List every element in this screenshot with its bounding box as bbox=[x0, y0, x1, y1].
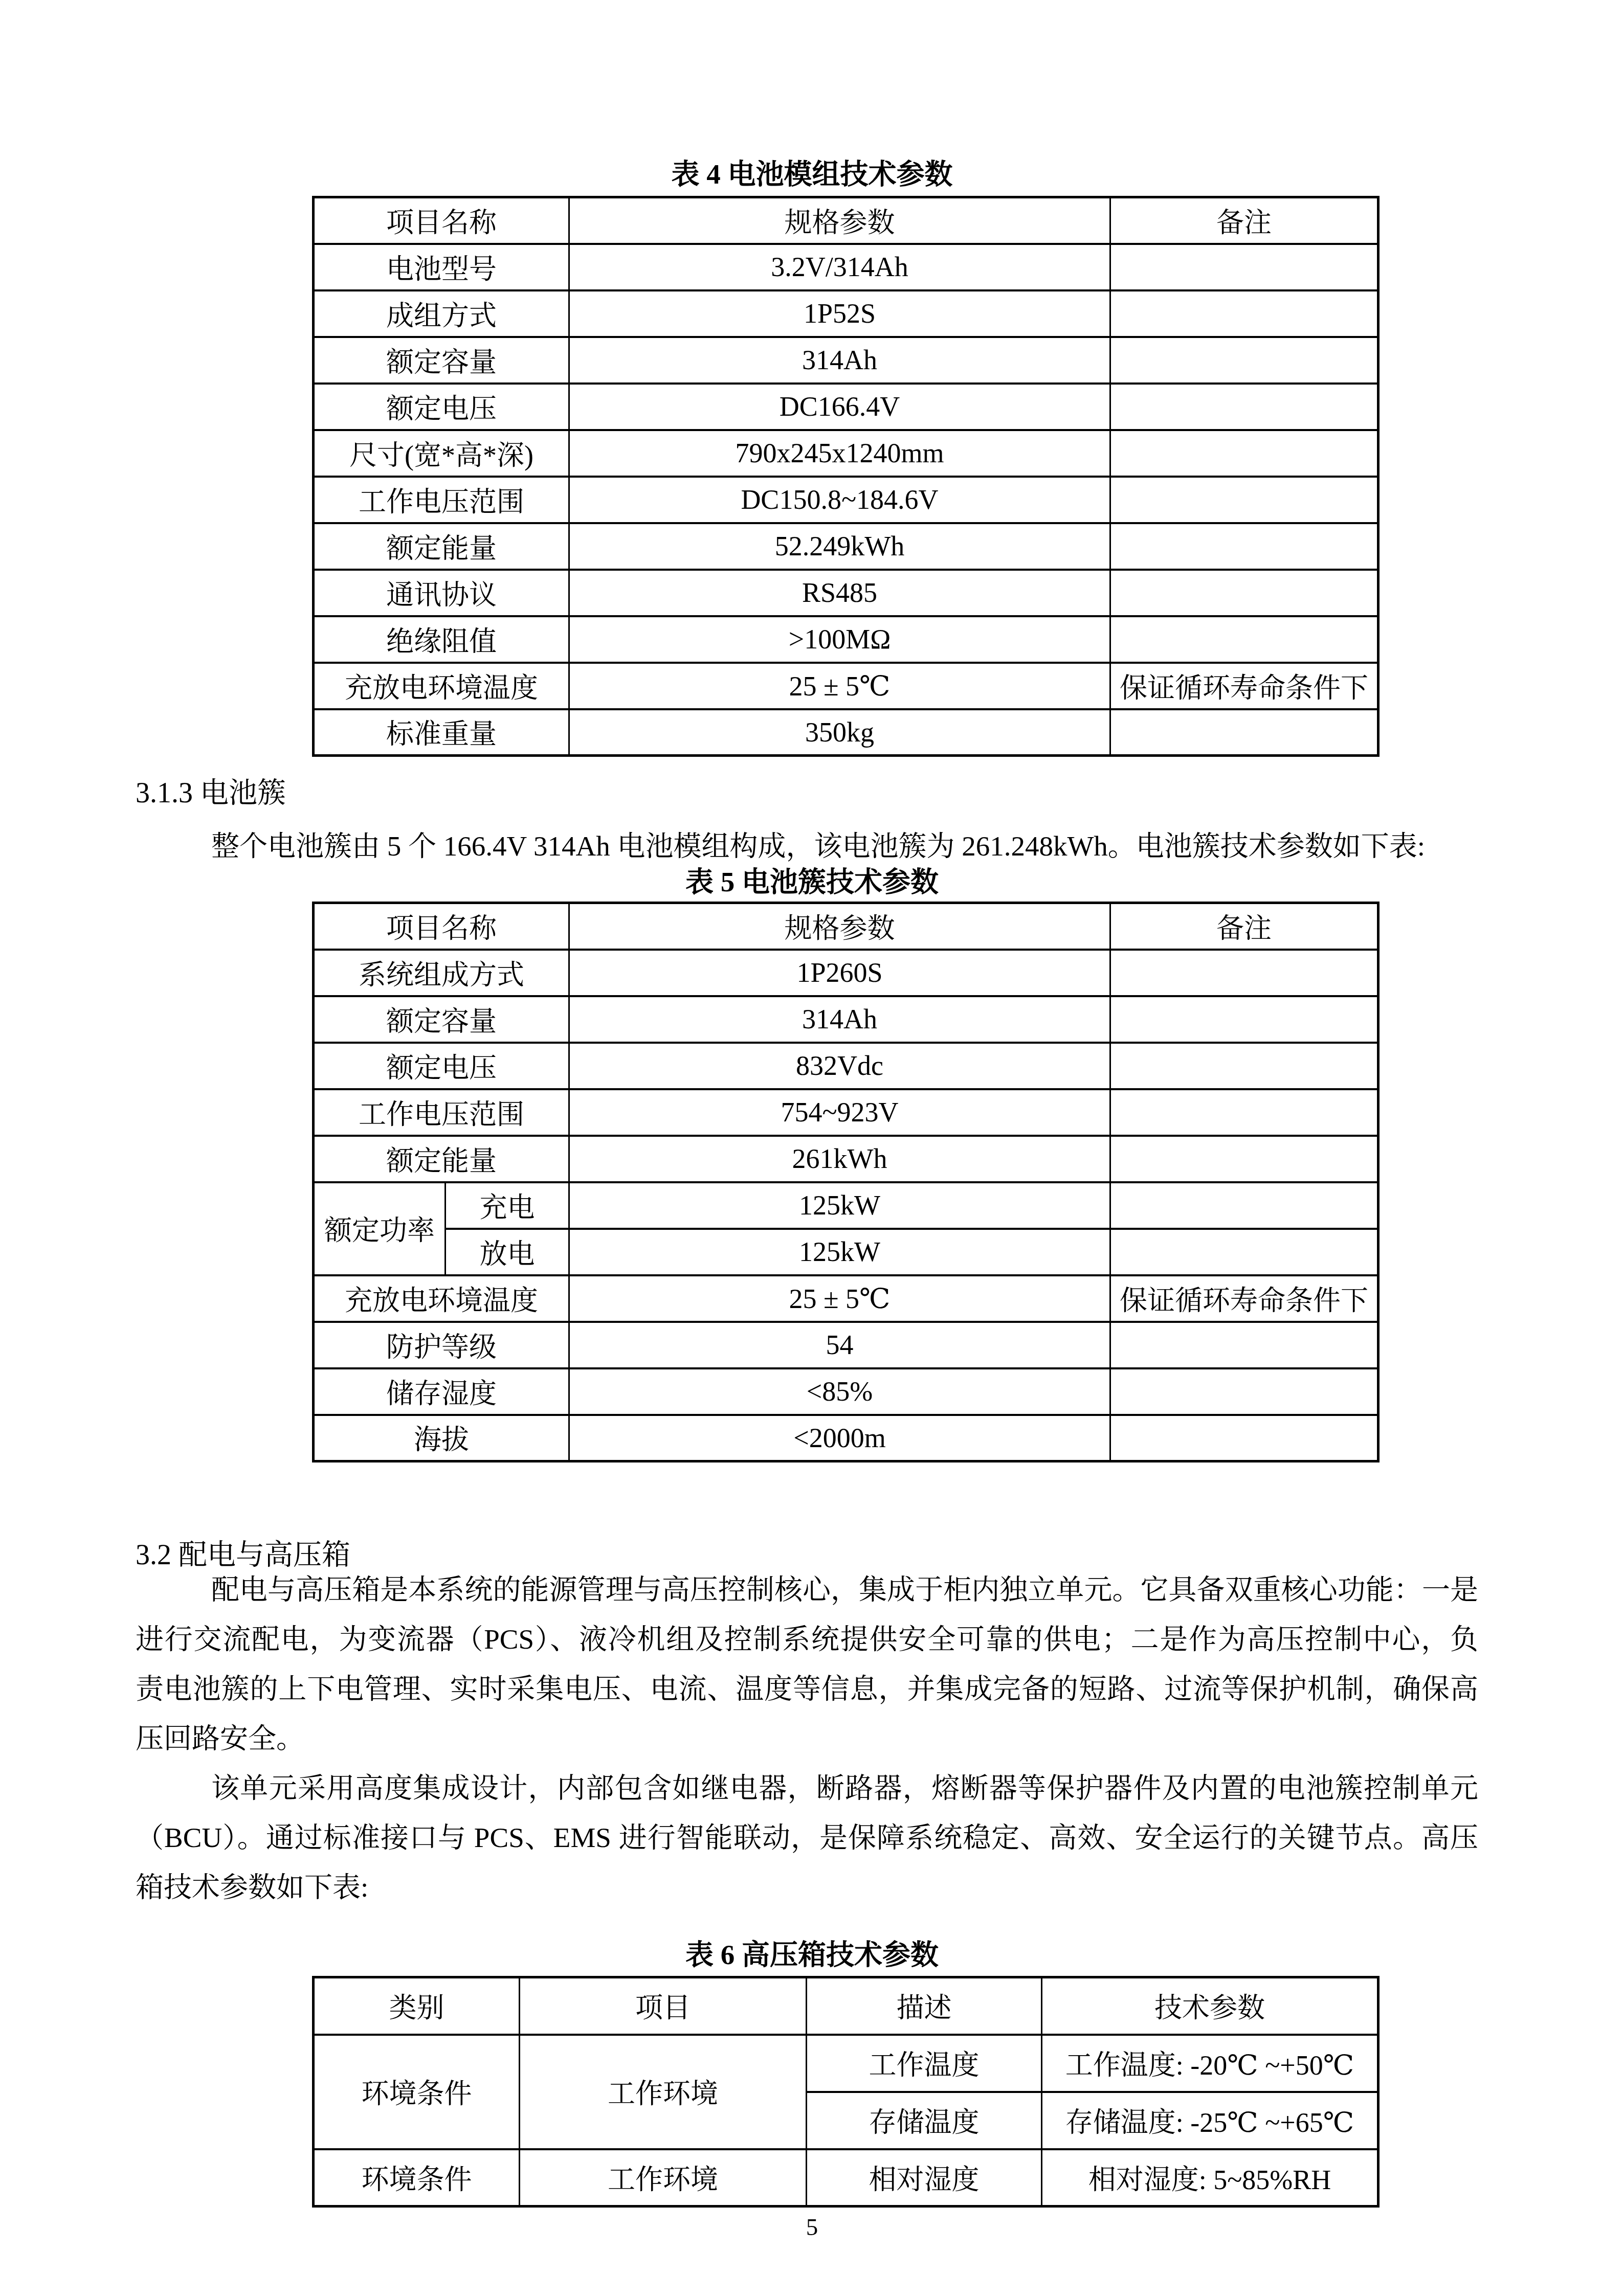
value-cell: <2000m bbox=[569, 1415, 1110, 1461]
paragraph-line: 该单元采用高度集成设计，内部包含如继电器，断路器，熔断器等保护器件及内置的电池簇… bbox=[136, 1763, 1478, 1813]
value-cell: 25 ± 5℃ bbox=[569, 1275, 1110, 1322]
remark-cell bbox=[1110, 337, 1378, 384]
document-page: 表 4 电池模组技术参数 项目名称 规格参数 备注 电池型号 3.2V/314A… bbox=[0, 0, 1624, 2296]
row-label-cell: 额定容量 bbox=[314, 996, 569, 1043]
table4-title: 表 4 电池模组技术参数 bbox=[0, 157, 1624, 191]
remark-cell bbox=[1110, 1415, 1378, 1461]
value-cell: DC166.4V bbox=[569, 384, 1110, 430]
desc-cell: 相对湿度 bbox=[807, 2149, 1042, 2207]
table6-hv-box-params: 类别 项目 描述 技术参数 环境条件 工作环境 工作温度 工作温度: -20℃ … bbox=[312, 1976, 1380, 2208]
row-label-cell: 防护等级 bbox=[314, 1322, 569, 1368]
remark-cell bbox=[1110, 384, 1378, 430]
row-label-cell: 储存湿度 bbox=[314, 1368, 569, 1415]
value-cell: DC150.8~184.6V bbox=[569, 477, 1110, 523]
desc-cell: 工作温度 bbox=[807, 2035, 1042, 2092]
header-cell: 规格参数 bbox=[569, 903, 1110, 950]
header-cell: 项目名称 bbox=[314, 197, 569, 244]
row-label-cell: 通讯协议 bbox=[314, 570, 569, 616]
remark-cell bbox=[1110, 430, 1378, 477]
table-row: 绝缘阻值 >100MΩ bbox=[314, 616, 1378, 663]
row-label-cell: 工作电压范围 bbox=[314, 477, 569, 523]
paragraph-line: 箱技术参数如下表: bbox=[136, 1862, 1478, 1912]
sub-label-cell: 充电 bbox=[446, 1182, 569, 1229]
table-row: 标准重量 350kg bbox=[314, 709, 1378, 756]
header-cell: 备注 bbox=[1110, 197, 1378, 244]
row-label-cell: 充放电环境温度 bbox=[314, 1275, 569, 1322]
remark-cell bbox=[1110, 477, 1378, 523]
remark-cell bbox=[1110, 709, 1378, 756]
item-cell: 工作环境 bbox=[520, 2149, 807, 2207]
value-cell: 261kWh bbox=[569, 1136, 1110, 1182]
value-cell: 790x245x1240mm bbox=[569, 430, 1110, 477]
table-row: 额定容量 314Ah bbox=[314, 996, 1378, 1043]
header-cell: 技术参数 bbox=[1042, 1977, 1378, 2035]
table-header-row: 项目名称 规格参数 备注 bbox=[314, 197, 1378, 244]
table-header-row: 项目名称 规格参数 备注 bbox=[314, 903, 1378, 950]
category-cell: 环境条件 bbox=[314, 2149, 520, 2207]
header-cell: 描述 bbox=[807, 1977, 1042, 2035]
remark-cell bbox=[1110, 950, 1378, 996]
table5-battery-cluster-params: 项目名称 规格参数 备注 系统组成方式 1P260S 额定容量 314Ah 额定… bbox=[312, 902, 1380, 1462]
param-cell: 存储温度: -25℃ ~+65℃ bbox=[1042, 2092, 1378, 2149]
table-row: 工作电压范围 DC150.8~184.6V bbox=[314, 477, 1378, 523]
value-cell: 3.2V/314Ah bbox=[569, 244, 1110, 290]
row-label-cell: 额定能量 bbox=[314, 523, 569, 570]
paragraph-line: （BCU）。通过标准接口与 PCS、EMS 进行智能联动，是保障系统稳定、高效、… bbox=[136, 1813, 1478, 1862]
table-row: 工作电压范围 754~923V bbox=[314, 1089, 1378, 1136]
section-3-2-body: 配电与高压箱是本系统的能源管理与高压控制核心，集成于柜内独立单元。它具备双重核心… bbox=[136, 1565, 1478, 1912]
param-cell: 工作温度: -20℃ ~+50℃ bbox=[1042, 2035, 1378, 2092]
param-cell: 相对湿度: 5~85%RH bbox=[1042, 2149, 1378, 2207]
value-cell: 1P52S bbox=[569, 290, 1110, 337]
remark-cell bbox=[1110, 1089, 1378, 1136]
value-cell: 350kg bbox=[569, 709, 1110, 756]
remark-cell bbox=[1110, 523, 1378, 570]
table-row: 储存湿度 <85% bbox=[314, 1368, 1378, 1415]
row-label-cell: 系统组成方式 bbox=[314, 950, 569, 996]
header-cell: 备注 bbox=[1110, 903, 1378, 950]
table-row: 充放电环境温度 25 ± 5℃ 保证循环寿命条件下 bbox=[314, 663, 1378, 709]
remark-cell bbox=[1110, 996, 1378, 1043]
row-label-cell: 绝缘阻值 bbox=[314, 616, 569, 663]
value-cell: <85% bbox=[569, 1368, 1110, 1415]
remark-cell bbox=[1110, 1368, 1378, 1415]
row-label-cell: 充放电环境温度 bbox=[314, 663, 569, 709]
remark-cell bbox=[1110, 1322, 1378, 1368]
row-label-cell: 电池型号 bbox=[314, 244, 569, 290]
paragraph-line: 进行交流配电，为变流器（PCS）、液冷机组及控制系统提供安全可靠的供电；二是作为… bbox=[136, 1614, 1478, 1664]
value-cell: 52.249kWh bbox=[569, 523, 1110, 570]
table-row: 额定电压 832Vdc bbox=[314, 1043, 1378, 1089]
value-cell: 1P260S bbox=[569, 950, 1110, 996]
row-label-cell: 工作电压范围 bbox=[314, 1089, 569, 1136]
remark-cell: 保证循环寿命条件下 bbox=[1110, 663, 1378, 709]
table-row-rated-power-charge: 额定功率 充电 125kW bbox=[314, 1182, 1378, 1229]
paragraph-line: 责电池簇的上下电管理、实时采集电压、电流、温度等信息，并集成完备的短路、过流等保… bbox=[136, 1664, 1478, 1714]
value-cell: >100MΩ bbox=[569, 616, 1110, 663]
table6-title: 表 6 高压箱技术参数 bbox=[0, 1938, 1624, 1972]
item-cell: 工作环境 bbox=[520, 2035, 807, 2149]
table-row: 额定能量 52.249kWh bbox=[314, 523, 1378, 570]
table-row: 环境条件 工作环境 工作温度 工作温度: -20℃ ~+50℃ bbox=[314, 2035, 1378, 2092]
section-3-1-3-paragraph: 整个电池簇由 5 个 166.4V 314Ah 电池模组构成，该电池簇为 261… bbox=[136, 821, 1478, 871]
value-cell: 314Ah bbox=[569, 996, 1110, 1043]
row-label-cell: 额定电压 bbox=[314, 384, 569, 430]
desc-cell: 存储温度 bbox=[807, 2092, 1042, 2149]
row-label-cell: 尺寸(宽*高*深) bbox=[314, 430, 569, 477]
row-label-cell: 额定能量 bbox=[314, 1136, 569, 1182]
remark-cell bbox=[1110, 570, 1378, 616]
header-cell: 类别 bbox=[314, 1977, 520, 2035]
table-row-rated-power-discharge: 放电 125kW bbox=[314, 1229, 1378, 1275]
row-label-cell: 海拔 bbox=[314, 1415, 569, 1461]
paragraph-line: 配电与高压箱是本系统的能源管理与高压控制核心，集成于柜内独立单元。它具备双重核心… bbox=[136, 1565, 1478, 1614]
category-cell: 环境条件 bbox=[314, 2035, 520, 2149]
table-row: 成组方式 1P52S bbox=[314, 290, 1378, 337]
remark-cell bbox=[1110, 1182, 1378, 1229]
value-cell: RS485 bbox=[569, 570, 1110, 616]
table5-title: 表 5 电池簇技术参数 bbox=[0, 865, 1624, 899]
table4-battery-module-params: 项目名称 规格参数 备注 电池型号 3.2V/314Ah 成组方式 1P52S … bbox=[312, 196, 1380, 757]
page-number: 5 bbox=[0, 2212, 1624, 2243]
table-row: 环境条件 工作环境 相对湿度 相对湿度: 5~85%RH bbox=[314, 2149, 1378, 2207]
table-row: 额定能量 261kWh bbox=[314, 1136, 1378, 1182]
table-row: 通讯协议 RS485 bbox=[314, 570, 1378, 616]
table-row: 海拔 <2000m bbox=[314, 1415, 1378, 1461]
header-cell: 规格参数 bbox=[569, 197, 1110, 244]
row-label-cell: 额定容量 bbox=[314, 337, 569, 384]
value-cell: 754~923V bbox=[569, 1089, 1110, 1136]
table-header-row: 类别 项目 描述 技术参数 bbox=[314, 1977, 1378, 2035]
table-row: 额定容量 314Ah bbox=[314, 337, 1378, 384]
paragraph-line: 压回路安全。 bbox=[136, 1714, 1478, 1763]
table-row: 充放电环境温度 25 ± 5℃ 保证循环寿命条件下 bbox=[314, 1275, 1378, 1322]
row-label-cell: 成组方式 bbox=[314, 290, 569, 337]
table-row: 尺寸(宽*高*深) 790x245x1240mm bbox=[314, 430, 1378, 477]
value-cell: 125kW bbox=[569, 1229, 1110, 1275]
sub-label-cell: 放电 bbox=[446, 1229, 569, 1275]
value-cell: 314Ah bbox=[569, 337, 1110, 384]
remark-cell bbox=[1110, 1229, 1378, 1275]
row-label-cell: 标准重量 bbox=[314, 709, 569, 756]
remark-cell bbox=[1110, 616, 1378, 663]
header-cell: 项目 bbox=[520, 1977, 807, 2035]
table-row: 系统组成方式 1P260S bbox=[314, 950, 1378, 996]
value-cell: 25 ± 5℃ bbox=[569, 663, 1110, 709]
value-cell: 54 bbox=[569, 1322, 1110, 1368]
section-heading-3-1-3: 3.1.3 电池簇 bbox=[136, 775, 286, 811]
remark-cell bbox=[1110, 244, 1378, 290]
remark-cell bbox=[1110, 1043, 1378, 1089]
value-cell: 125kW bbox=[569, 1182, 1110, 1229]
row-label-cell: 额定电压 bbox=[314, 1043, 569, 1089]
rated-power-label-cell: 额定功率 bbox=[314, 1182, 446, 1275]
value-cell: 832Vdc bbox=[569, 1043, 1110, 1089]
table-row: 防护等级 54 bbox=[314, 1322, 1378, 1368]
remark-cell bbox=[1110, 1136, 1378, 1182]
remark-cell: 保证循环寿命条件下 bbox=[1110, 1275, 1378, 1322]
table-row: 额定电压 DC166.4V bbox=[314, 384, 1378, 430]
table-row: 电池型号 3.2V/314Ah bbox=[314, 244, 1378, 290]
header-cell: 项目名称 bbox=[314, 903, 569, 950]
remark-cell bbox=[1110, 290, 1378, 337]
